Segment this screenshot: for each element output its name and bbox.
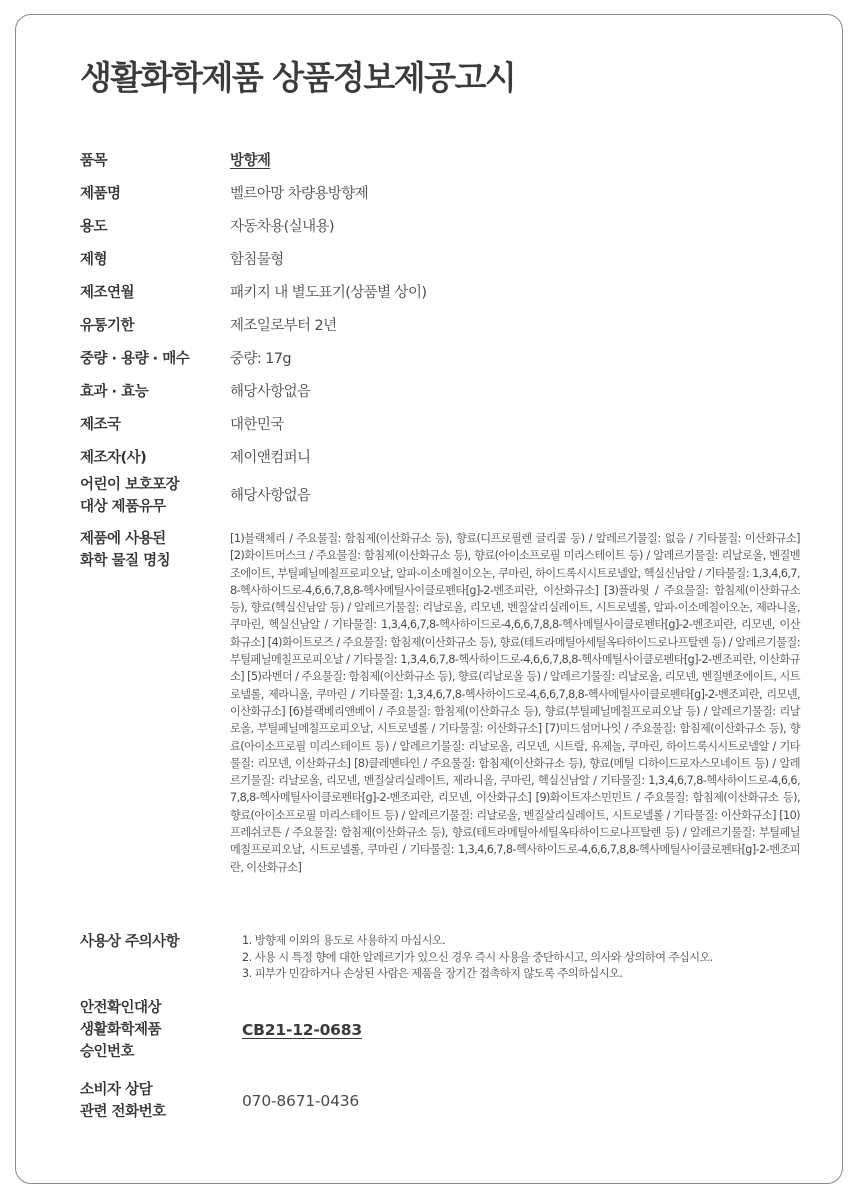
info-row-category: 품목 방향제 bbox=[80, 150, 800, 172]
info-row-chemicals: 제품에 사용된 화학 물질 명칭 [1)블랙체리 / 주요물질: 함침제(이산화… bbox=[80, 528, 800, 876]
row-label: 유통기한 bbox=[80, 315, 230, 337]
caution-item: 2. 사용 시 특정 향에 대한 알레르기가 있으신 경우 즉시 사용을 중단하… bbox=[242, 950, 713, 967]
row-value: 방향제 bbox=[230, 150, 270, 172]
approval-number: CB21-12-0683 bbox=[242, 1019, 362, 1041]
info-row-child-packaging: 어린이 보호포장 대상 제품유무 해당사항없음 bbox=[80, 474, 800, 518]
label-line: 화학 물질 명칭 bbox=[80, 550, 230, 572]
info-row-manufacture-date: 제조연월 패키지 내 별도표기(상품별 상이) bbox=[80, 282, 800, 304]
row-value: 자동차용(실내용) bbox=[230, 216, 334, 238]
row-value: 벨르아망 차량용방향제 bbox=[230, 183, 368, 205]
row-label: 사용상 주의사항 bbox=[80, 931, 242, 953]
info-row-approval-number: 안전확인대상 생활화학제품 승인번호 CB21-12-0683 bbox=[80, 997, 800, 1063]
row-label: 제형 bbox=[80, 249, 230, 271]
info-row-formulation: 제형 함침물형 bbox=[80, 249, 800, 271]
row-value: 제이앤컴퍼니 bbox=[230, 447, 310, 469]
row-value: 패키지 내 별도표기(상품별 상이) bbox=[230, 282, 426, 304]
info-row-consumer-contact: 소비자 상담 관련 전화번호 070-8671-0436 bbox=[80, 1079, 800, 1123]
label-line: 제품에 사용된 bbox=[80, 528, 230, 550]
info-row-cautions: 사용상 주의사항 1. 방향제 이외의 용도로 사용하지 마십시오. 2. 사용… bbox=[80, 931, 800, 983]
row-value: 함침물형 bbox=[230, 249, 284, 271]
phone-number: 070-8671-0436 bbox=[242, 1090, 359, 1112]
row-label: 효과 · 효능 bbox=[80, 381, 230, 403]
label-line: 어린이 보호포장 bbox=[80, 474, 230, 496]
info-row-weight: 중량 · 용량 · 매수 중량: 17g bbox=[80, 348, 800, 370]
label-line: 생활화학제품 bbox=[80, 1019, 242, 1041]
info-row-expiration: 유통기한 제조일로부터 2년 bbox=[80, 315, 800, 337]
info-row-manufacturer: 제조자(사) 제이앤컴퍼니 bbox=[80, 447, 800, 469]
label-line: 관련 전화번호 bbox=[80, 1101, 242, 1123]
row-label: 제품명 bbox=[80, 183, 230, 205]
label-line: 안전확인대상 bbox=[80, 997, 242, 1019]
row-value: 해당사항없음 bbox=[230, 381, 310, 403]
caution-item: 3. 피부가 민감하거나 손상된 사람은 제품을 장기간 접촉하지 않도록 주의… bbox=[242, 966, 713, 983]
info-row-effect: 효과 · 효능 해당사항없음 bbox=[80, 381, 800, 403]
info-row-country: 제조국 대한민국 bbox=[80, 414, 800, 436]
row-value: 제조일로부터 2년 bbox=[230, 315, 336, 337]
label-line: 승인번호 bbox=[80, 1041, 242, 1063]
label-line: 대상 제품유무 bbox=[80, 496, 230, 518]
info-row-usage: 용도 자동차용(실내용) bbox=[80, 216, 800, 238]
cautions-list: 1. 방향제 이외의 용도로 사용하지 마십시오. 2. 사용 시 특정 향에 … bbox=[242, 933, 713, 983]
row-label: 소비자 상담 관련 전화번호 bbox=[80, 1079, 242, 1123]
row-label: 중량 · 용량 · 매수 bbox=[80, 348, 230, 370]
label-line: 소비자 상담 bbox=[80, 1079, 242, 1101]
row-label: 제조연월 bbox=[80, 282, 230, 304]
row-value: 해당사항없음 bbox=[230, 485, 310, 507]
caution-item: 1. 방향제 이외의 용도로 사용하지 마십시오. bbox=[242, 933, 713, 950]
row-label: 제품에 사용된 화학 물질 명칭 bbox=[80, 528, 230, 572]
chemicals-text: [1)블랙체리 / 주요물질: 함침제(이산화규소 등), 향료(디프로필렌 글… bbox=[230, 530, 800, 876]
row-label: 제조국 bbox=[80, 414, 230, 436]
row-value: 대한민국 bbox=[230, 414, 284, 436]
row-label: 제조자(사) bbox=[80, 447, 230, 469]
row-label: 품목 bbox=[80, 150, 230, 172]
row-label: 안전확인대상 생활화학제품 승인번호 bbox=[80, 997, 242, 1063]
row-label: 어린이 보호포장 대상 제품유무 bbox=[80, 474, 230, 518]
info-row-product-name: 제품명 벨르아망 차량용방향제 bbox=[80, 183, 800, 205]
page-title: 생활화학제품 상품정보제공고시 bbox=[80, 56, 515, 100]
row-label: 용도 bbox=[80, 216, 230, 238]
row-value: 중량: 17g bbox=[230, 348, 291, 370]
